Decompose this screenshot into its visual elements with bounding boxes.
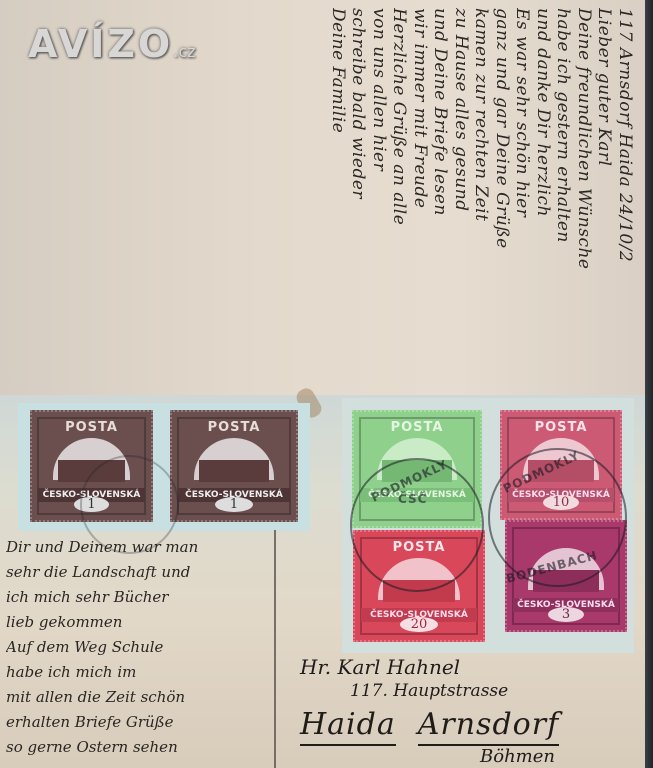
message-line: lieb gekommen — [6, 610, 271, 635]
recipient-address: Hr. Karl Hahnel 117. Hauptstrasse HaidaA… — [300, 655, 581, 767]
stamp-1h-brown: POSTA ČESKO-SLOVENSKÁ1 — [170, 410, 298, 522]
letter-line: kamen zur rechten Zeit — [471, 8, 492, 388]
message-line: sehr die Landschaft und — [6, 560, 271, 585]
message-line: habe ich mich im — [6, 660, 271, 685]
address-name: Hr. Karl Hahnel — [300, 655, 581, 679]
address-street: 117. Hauptstrasse — [350, 681, 581, 701]
letter-lines: 117 Arnsdorf Haida 24/10/2 Lieber guter … — [328, 8, 636, 388]
letter-line: Herzliche Grüße an alle — [389, 8, 410, 388]
message-line: ich mich sehr Bücher — [6, 585, 271, 610]
photo-edge — [645, 0, 653, 768]
letter-line: und danke Dir herzlich — [533, 8, 554, 388]
card-divider-line — [274, 530, 276, 768]
letter-heading: 117 Arnsdorf Haida 24/10/2 — [615, 8, 636, 388]
handwritten-message: Dir und Deinem war man sehr die Landscha… — [6, 535, 271, 760]
postcard-photo: 117 Arnsdorf Haida 24/10/2 Lieber guter … — [0, 0, 653, 768]
letter-line: wir immer mit Freude — [410, 8, 431, 388]
letter-line: Deine Familie — [328, 8, 349, 388]
letter-line: Deine freundlichen Wünsche — [574, 8, 595, 388]
letter-line: habe ich gestern erhalten — [553, 8, 574, 388]
address-town: Arnsdorf — [418, 707, 559, 746]
letter-line: Lieber guter Karl — [594, 8, 615, 388]
letter-line: schreibe bald wieder — [348, 8, 369, 388]
letter-line: Es war sehr schön hier — [512, 8, 533, 388]
message-line: Dir und Deinem war man — [6, 535, 271, 560]
letter-line: ganz und gar Deine Grüße — [492, 8, 513, 388]
letter-line: von uns allen hier — [369, 8, 390, 388]
postmark-sub: ČSČ — [398, 492, 427, 506]
message-line: so gerne Ostern sehen — [6, 735, 271, 760]
letter-line: und Deine Briefe lesen — [430, 8, 451, 388]
address-region: Böhmen — [480, 746, 581, 767]
letter-line: zu Hause alles gesund — [451, 8, 472, 388]
message-line: Auf dem Weg Schule — [6, 635, 271, 660]
message-line: mit allen die Zeit schön — [6, 685, 271, 710]
address-city: Haida — [300, 707, 396, 746]
address-city-line: HaidaArnsdorf — [300, 707, 581, 742]
message-line: erhalten Briefe Grüße — [6, 710, 271, 735]
watermark-logo: AVÍZO.cz — [28, 22, 196, 66]
